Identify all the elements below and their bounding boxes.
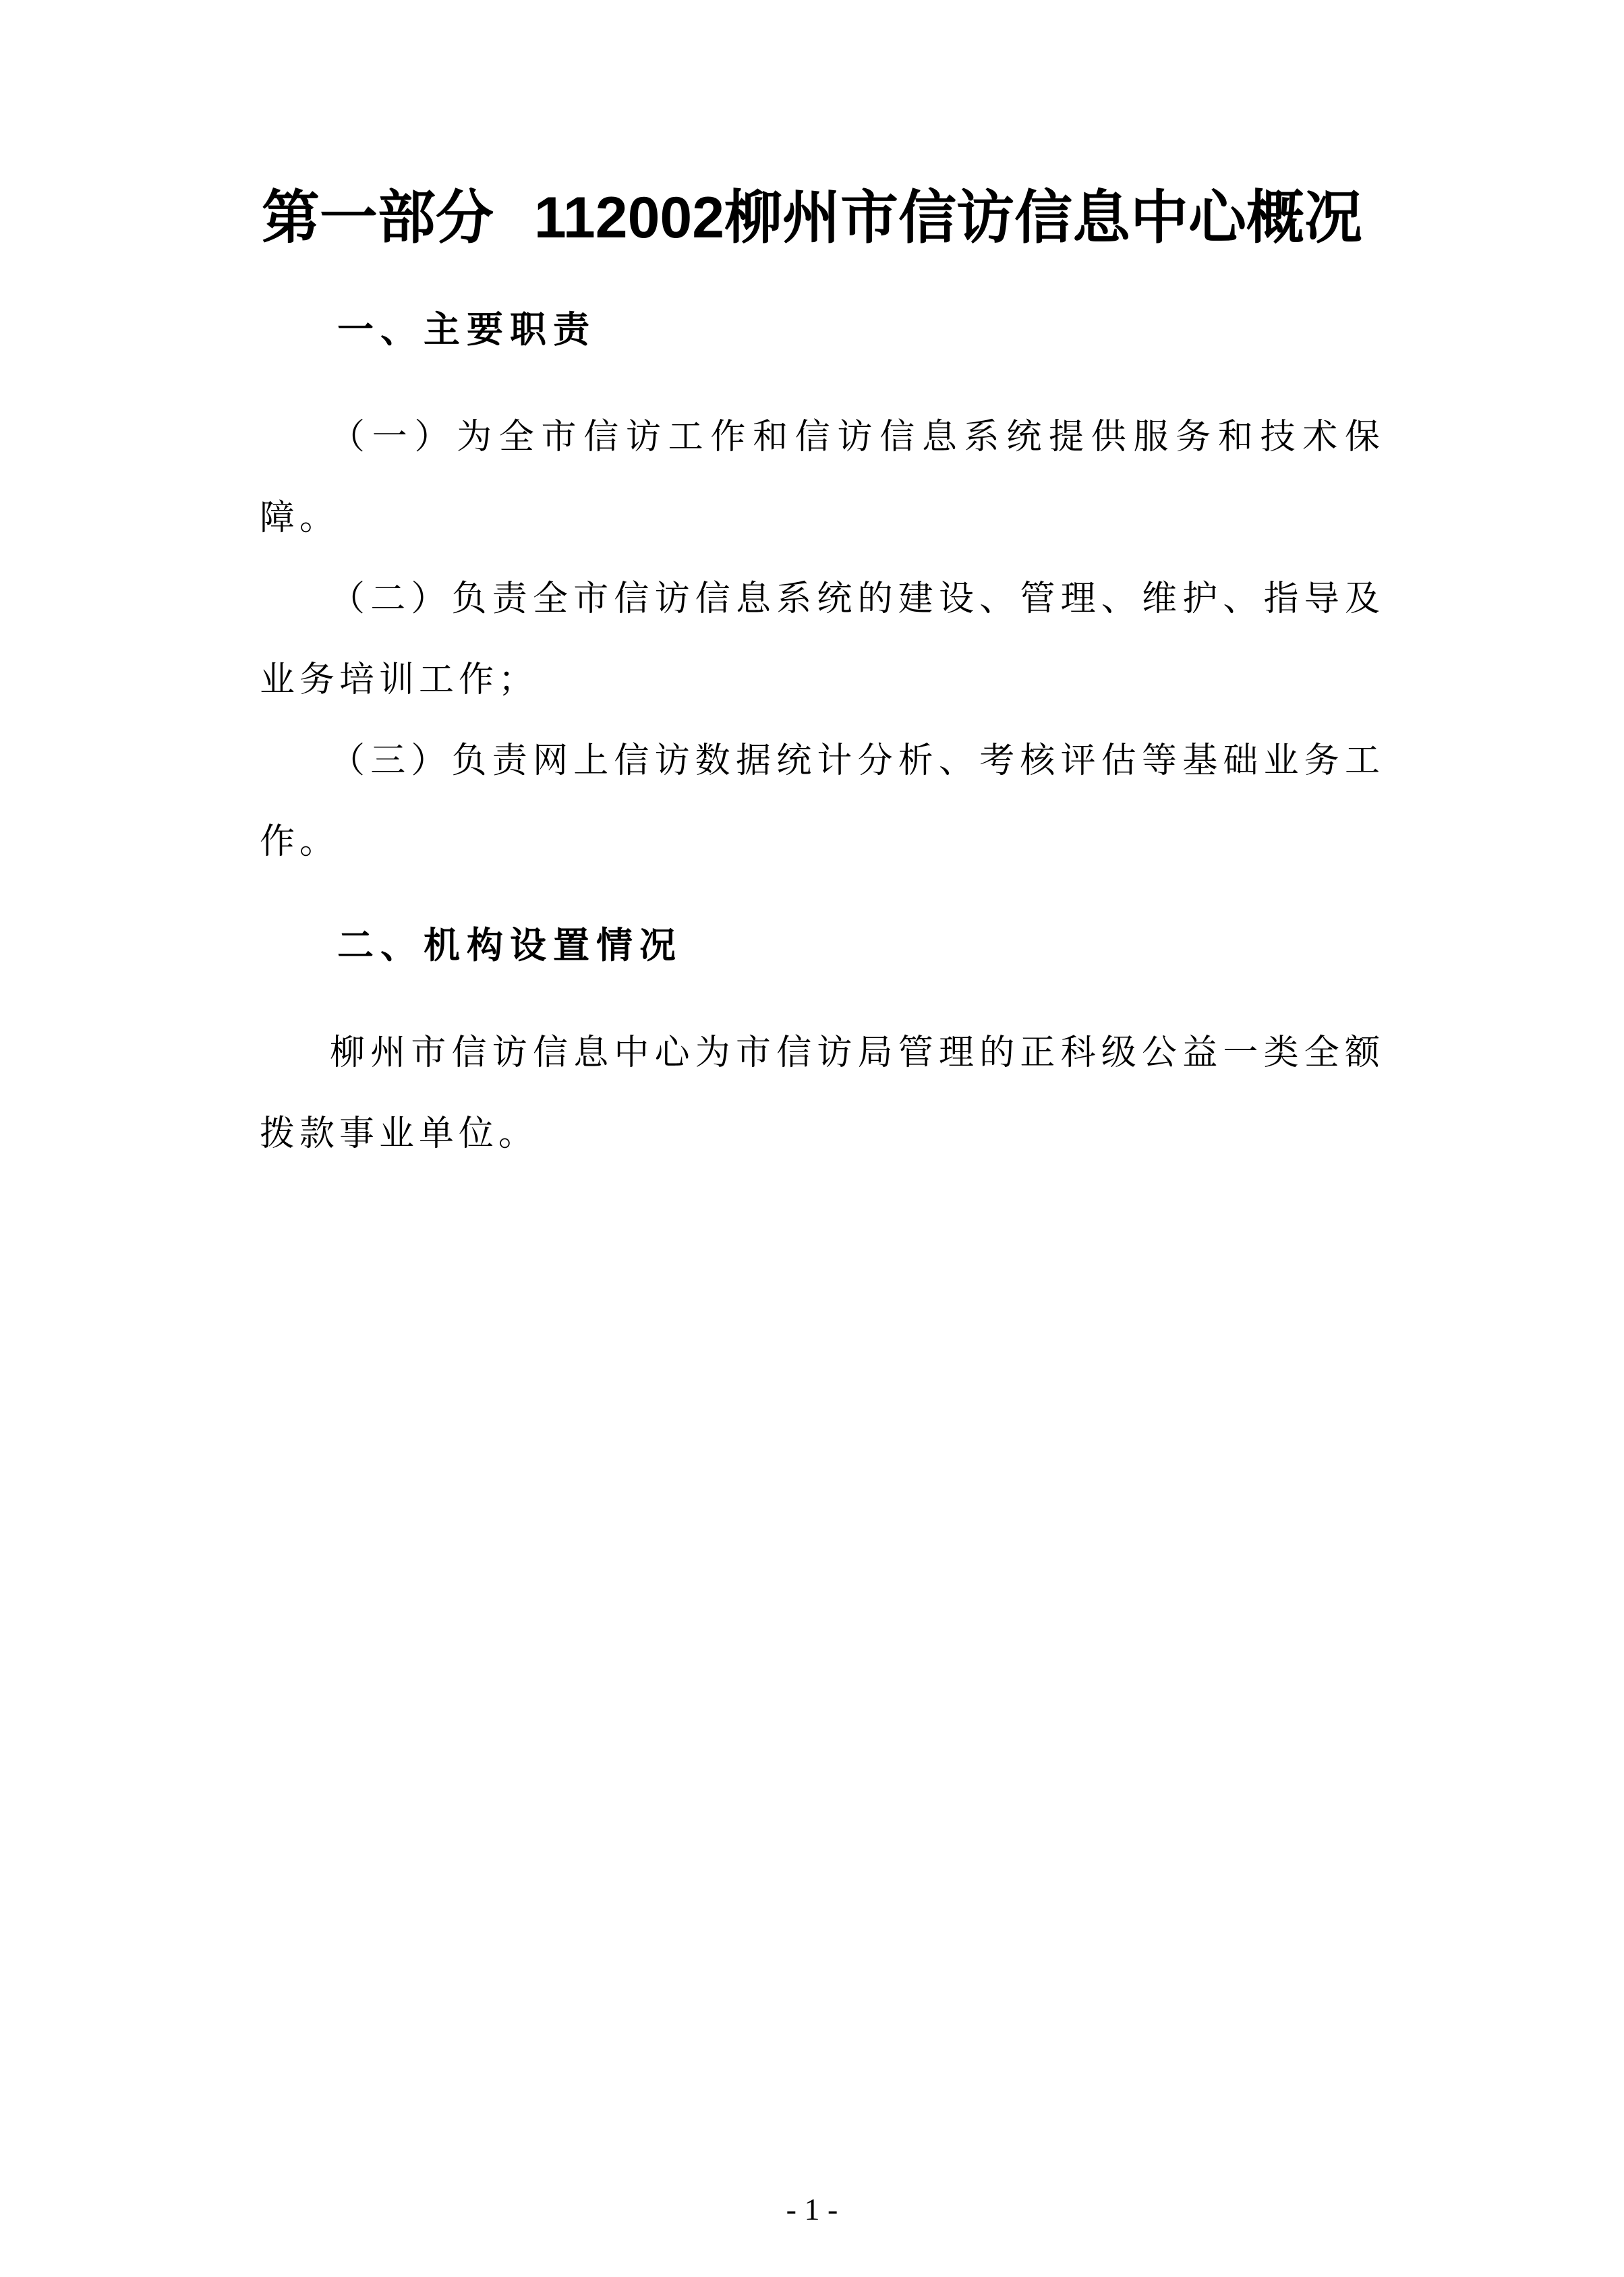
document-title: 第一部分 112002柳州市信访信息中心概况 (0, 189, 1624, 247)
section-org-setup-body: 柳州市信访信息中心为市信访局管理的正科级公益一类全额拨款事业单位。 (260, 1013, 1385, 1175)
section-heading-org-setup: 二、机构设置情况 (337, 927, 683, 964)
section-heading-main-duties: 一、主要职责 (337, 312, 596, 348)
paragraph-duty-1: （一）为全市信访工作和信访信息系统提供服务和技术保障。 (260, 397, 1385, 559)
paragraph-org-setup: 柳州市信访信息中心为市信访局管理的正科级公益一类全额拨款事业单位。 (260, 1013, 1385, 1175)
document-page: 第一部分 112002柳州市信访信息中心概况 一、主要职责 （一）为全市信访工作… (0, 0, 1624, 2277)
paragraph-duty-3: （三）负责网上信访数据统计分析、考核评估等基础业务工作。 (260, 721, 1385, 883)
section-main-duties-body: （一）为全市信访工作和信访信息系统提供服务和技术保障。 （二）负责全市信访信息系… (260, 397, 1385, 883)
page-number: - 1 - (0, 2194, 1624, 2225)
paragraph-duty-2: （二）负责全市信访信息系统的建设、管理、维护、指导及业务培训工作； (260, 559, 1385, 721)
